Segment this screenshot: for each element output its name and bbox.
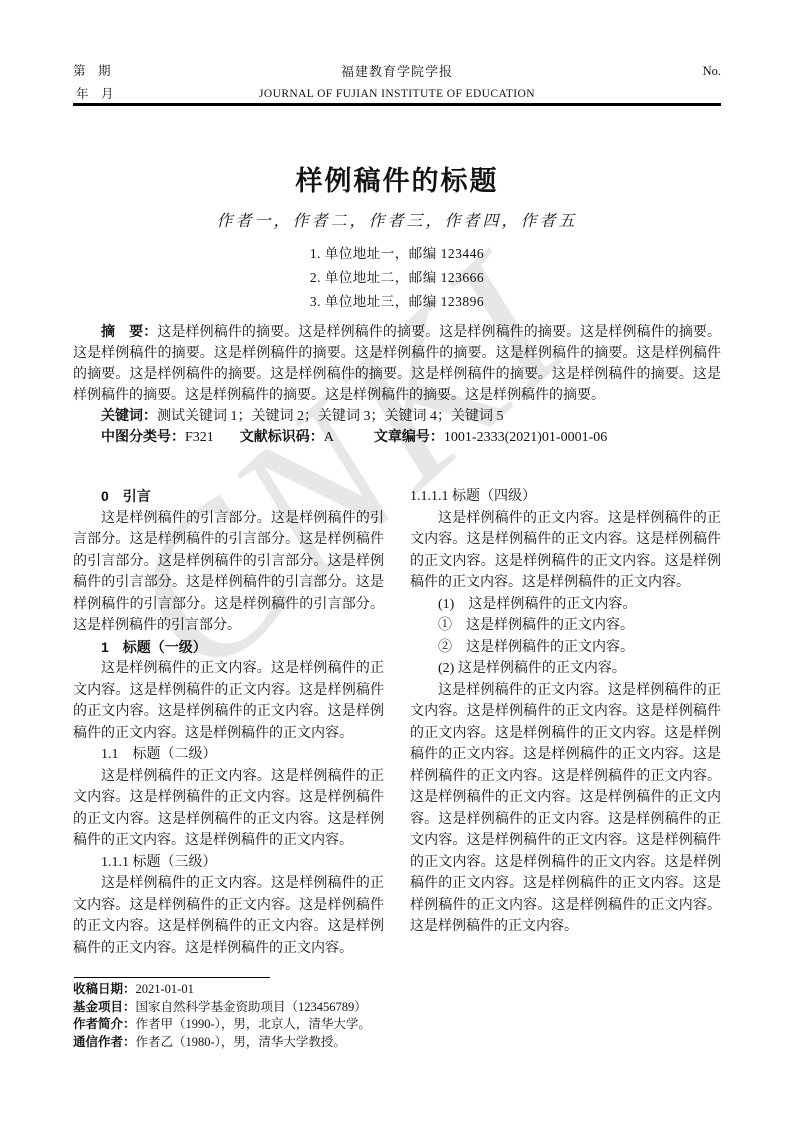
header-no-block: No. bbox=[611, 60, 721, 106]
journal-title-cn: 福建教育学院学报 bbox=[183, 60, 611, 83]
heading-level-1: 0 引言 bbox=[73, 486, 384, 508]
footnote-text: 国家自然科学基金资助项目（123456789） bbox=[136, 1000, 367, 1014]
header-no-label: No. bbox=[611, 60, 721, 83]
list-item: (1) 这是样例稿件的正文内容。 bbox=[410, 594, 721, 616]
list-item: ① 这是样例稿件的正文内容。 bbox=[410, 615, 721, 637]
affiliation-line: 2. 单位地址二，邮编 123666 bbox=[73, 266, 721, 290]
footnote-text: 2021-01-01 bbox=[136, 982, 194, 996]
paragraph: 这是样例稿件的正文内容。这是样例稿件的正文内容。这是样例稿件的正文内容。这是样例… bbox=[410, 508, 721, 594]
abstract-label: 摘 要： bbox=[101, 323, 157, 339]
doc-code-value: A bbox=[324, 430, 334, 445]
heading-level-2: 1.1 标题（二级） bbox=[73, 744, 384, 766]
paragraph: 这是样例稿件的正文内容。这是样例稿件的正文内容。这是样例稿件的正文内容。这是样例… bbox=[73, 658, 384, 744]
list-item: ② 这是样例稿件的正文内容。 bbox=[410, 637, 721, 659]
article-id-value: 1001-2333(2021)01-0001-06 bbox=[444, 430, 607, 445]
keywords-text: 测试关键词 1；关键词 2；关键词 3；关键词 4；关键词 5 bbox=[157, 409, 504, 424]
article-title: 样例稿件的标题 bbox=[73, 160, 721, 202]
clc-value: F321 bbox=[185, 430, 214, 445]
running-head: 第 期 年 月 福建教育学院学报 JOURNAL OF FUJIAN INSTI… bbox=[73, 60, 721, 106]
list-item: (2) 这是样例稿件的正文内容。 bbox=[410, 658, 721, 680]
footnote-label: 基金项目： bbox=[73, 1000, 136, 1014]
footnote-line: 作者简介：作者甲（1990-），男，北京人，清华大学。 bbox=[73, 1016, 721, 1034]
page: 第 期 年 月 福建教育学院学报 JOURNAL OF FUJIAN INSTI… bbox=[0, 0, 794, 1123]
heading-level-1: 1 标题（一级） bbox=[73, 637, 384, 659]
footnote-text: 作者甲（1990-），男，北京人，清华大学。 bbox=[136, 1017, 371, 1031]
keywords-label: 关键词： bbox=[101, 407, 157, 423]
footnote-text: 作者乙（1980-），男，清华大学教授。 bbox=[136, 1035, 346, 1049]
footnote-label: 收稿日期： bbox=[73, 982, 136, 996]
abstract-text: 这是样例稿件的摘要。这是样例稿件的摘要。这是样例稿件的摘要。这是样例稿件的摘要。… bbox=[73, 325, 721, 403]
affiliation-line: 3. 单位地址三，邮编 123896 bbox=[73, 290, 721, 314]
header-journal-block: 福建教育学院学报 JOURNAL OF FUJIAN INSTITUTE OF … bbox=[183, 60, 611, 106]
footnote-label: 通信作者： bbox=[73, 1035, 136, 1049]
doc-code-label: 文献标识码： bbox=[240, 428, 324, 444]
footnote-line: 基金项目：国家自然科学基金资助项目（123456789） bbox=[73, 999, 721, 1017]
body-column-left: 0 引言这是样例稿件的引言部分。这是样例稿件的引言部分。这是样例稿件的引言部分。… bbox=[73, 486, 384, 959]
clc-label: 中图分类号： bbox=[101, 428, 185, 444]
article-id-label: 文章编号： bbox=[374, 428, 444, 444]
meta-line: 中图分类号：F321文献标识码：A文章编号：1001-2333(2021)01-… bbox=[73, 426, 721, 448]
footnote-line: 通信作者：作者乙（1980-），男，清华大学教授。 bbox=[73, 1034, 721, 1052]
header-issue-line: 第 期 bbox=[73, 60, 183, 83]
header-issue-block: 第 期 年 月 bbox=[73, 60, 183, 106]
heading-level-4: 1.1.1.1 标题（四级） bbox=[410, 486, 721, 508]
affiliation-list: 1. 单位地址一，邮编 1234462. 单位地址二，邮编 1236663. 单… bbox=[73, 242, 721, 314]
abstract: 摘 要：这是样例稿件的摘要。这是样例稿件的摘要。这是样例稿件的摘要。这是样例稿件… bbox=[73, 321, 721, 406]
body-column-right: 1.1.1.1 标题（四级）这是样例稿件的正文内容。这是样例稿件的正文内容。这是… bbox=[410, 486, 721, 938]
paragraph: 这是样例稿件的正文内容。这是样例稿件的正文内容。这是样例稿件的正文内容。这是样例… bbox=[73, 766, 384, 852]
paragraph: 这是样例稿件的正文内容。这是样例稿件的正文内容。这是样例稿件的正文内容。这是样例… bbox=[410, 680, 721, 938]
header-rule bbox=[73, 103, 721, 106]
author-line: 作者一，作者二，作者三，作者四，作者五 bbox=[73, 209, 721, 235]
footnote-label: 作者简介： bbox=[73, 1017, 136, 1031]
affiliation-line: 1. 单位地址一，邮编 123446 bbox=[73, 242, 721, 266]
heading-level-2: 1.1.1 标题（三级） bbox=[73, 852, 384, 874]
keywords-line: 关键词：测试关键词 1；关键词 2；关键词 3；关键词 4；关键词 5 bbox=[73, 405, 721, 427]
paragraph: 这是样例稿件的正文内容。这是样例稿件的正文内容。这是样例稿件的正文内容。这是样例… bbox=[73, 873, 384, 959]
footnote-block: 收稿日期：2021-01-01基金项目：国家自然科学基金资助项目（1234567… bbox=[73, 981, 721, 1051]
footnote-line: 收稿日期：2021-01-01 bbox=[73, 981, 721, 999]
footnote-separator bbox=[74, 977, 270, 978]
paragraph: 这是样例稿件的引言部分。这是样例稿件的引言部分。这是样例稿件的引言部分。这是样例… bbox=[73, 508, 384, 637]
